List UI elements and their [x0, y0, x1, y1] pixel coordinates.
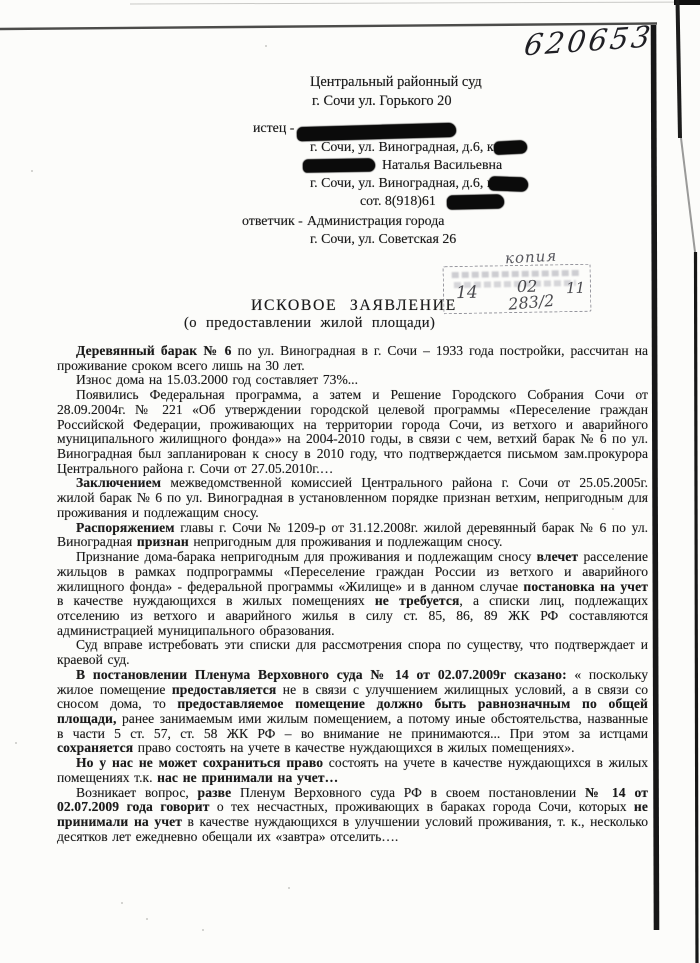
plaintiff-name: Наталья Васильевна: [382, 158, 502, 174]
scan-speckle: [15, 742, 17, 744]
scanned-document-page: 620653 Центральный районный суд г. Сочи …: [0, 0, 700, 963]
body-paragraph: В постановлении Пленума Верховного суда …: [57, 668, 648, 756]
body-paragraph: Но у нас не может сохраниться право сост…: [57, 756, 648, 785]
scan-speckle: [612, 508, 614, 510]
scan-speckle: [265, 45, 267, 47]
filing-stamp: 14 02 11 283/2: [443, 264, 592, 315]
document-body: Деревянный барак № 6 по ул. Виноградная …: [57, 344, 648, 844]
scan-speckle: [202, 929, 204, 931]
court-name: Центральный районный суд: [310, 74, 482, 91]
case-number-handwritten: 620653: [522, 19, 655, 62]
defendant-name: Администрация города: [307, 214, 444, 230]
court-address: г. Сочи ул. Горького 20: [312, 93, 452, 110]
plaintiff-address-line1: г. Сочи, ул. Виноградная, д.6, кв.: [310, 140, 504, 156]
body-paragraph: Признание дома-барака непригодным для пр…: [57, 550, 648, 638]
plaintiff-phone: сот. 8(918)61: [360, 194, 436, 210]
redaction-bar: [494, 140, 528, 155]
scan-speckle: [288, 887, 290, 889]
redaction-bar: [303, 158, 375, 172]
redaction-bar: [297, 123, 456, 141]
scan-speckle: [31, 170, 33, 172]
body-paragraph: Распоряжением главы г. Сочи № 1209-р от …: [57, 521, 648, 550]
redaction-bar: [447, 194, 504, 209]
defendant-label: ответчик -: [242, 214, 303, 230]
body-paragraph: Возникает вопрос, разве Пленум Верховног…: [57, 786, 648, 845]
body-paragraph: Появились Федеральная программа, а затем…: [57, 388, 648, 476]
stamp-faint-print: [452, 270, 580, 278]
plaintiff-label: истец -: [253, 121, 294, 137]
body-paragraph: Суд вправе истребовать эти списки для ра…: [57, 638, 648, 667]
document-title: ИСКОВОЕ ЗАЯВЛЕНИЕ: [251, 297, 457, 315]
stamp-day: 14: [456, 283, 478, 303]
stamp-number: 283/2: [507, 291, 555, 314]
plaintiff-address-line2: г. Сочи, ул. Виноградная, д.6, кв: [310, 176, 500, 192]
scan-speckle: [146, 918, 148, 920]
redaction-bar: [489, 176, 528, 191]
defendant-address: г. Сочи, ул. Советская 26: [310, 232, 456, 248]
scan-speckle: [121, 902, 123, 904]
body-paragraph: Заключением межведомственной комиссией Ц…: [57, 476, 648, 520]
document-subtitle: (о предоставлении жилой площади): [184, 315, 435, 332]
stamp-year: 11: [566, 279, 585, 297]
body-paragraph: Износ дома на 15.03.2000 год составляет …: [57, 373, 648, 388]
body-paragraph: Деревянный барак № 6 по ул. Виноградная …: [57, 344, 648, 373]
